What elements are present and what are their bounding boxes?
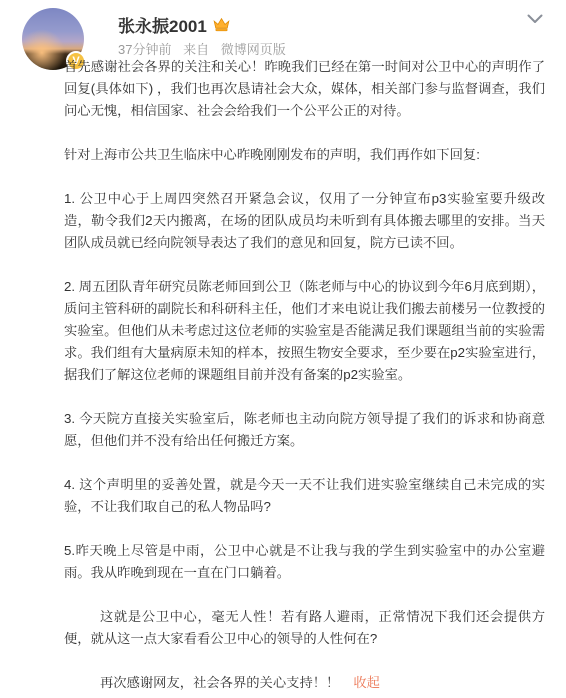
collapse-link[interactable]: 收起 (353, 675, 380, 690)
paragraph: 5.昨天晚上尽管是中雨，公卫中心就是不让我与我的学生到实验室中的办公室避雨。我从… (64, 540, 545, 584)
paragraph: 首先感谢社会各界的关注和关心！昨晚我们已经在第一时间对公卫中心的声明作了回复(具… (64, 56, 545, 122)
weibo-post: V 张永振2001 37分钟前 来自 微博网页版 首先感谢社会各界的关注和关心！… (0, 0, 566, 698)
closing-text: 再次感谢网友，社会各界的关心支持！！ (100, 675, 339, 690)
paragraph: 针对上海市公共卫生临床中心昨晚刚刚发布的声明，我们再作如下回复: (64, 144, 545, 166)
paragraph: 2. 周五团队青年研究员陈老师回到公卫（陈老师与中心的协议到今年6月底到期），质… (64, 276, 545, 386)
paragraph: 1. 公卫中心于上周四突然召开紧急会议，仅用了一分钟宣布p3实验室要升级改造，勒… (64, 188, 545, 254)
source-prefix: 来自 (183, 42, 209, 57)
paragraph: 这就是公卫中心，毫无人性！若有路人避雨，正常情况下我们还会提供方便，就从这一点大… (64, 606, 545, 650)
paragraph: 4. 这个声明里的妥善处置，就是今天一天不让我们进实验室继续自己未完成的实验，不… (64, 474, 545, 518)
author-name[interactable]: 张永振2001 (118, 12, 207, 37)
timestamp: 37分钟前 (118, 42, 171, 57)
source-link[interactable]: 微博网页版 (221, 42, 286, 57)
closing-paragraph: 再次感谢网友，社会各界的关心支持！！收起 (64, 672, 545, 694)
chevron-down-icon[interactable] (524, 8, 546, 30)
post-body: 首先感谢社会各界的关注和关心！昨晚我们已经在第一时间对公卫中心的声明作了回复(具… (64, 56, 545, 694)
paragraph: 3. 今天院方直接关实验室后，陈老师也主动向院方领导提了我们的诉求和协商意愿，但… (64, 408, 545, 452)
author-row: 张永振2001 (118, 12, 230, 37)
membership-crown-icon (213, 17, 230, 32)
